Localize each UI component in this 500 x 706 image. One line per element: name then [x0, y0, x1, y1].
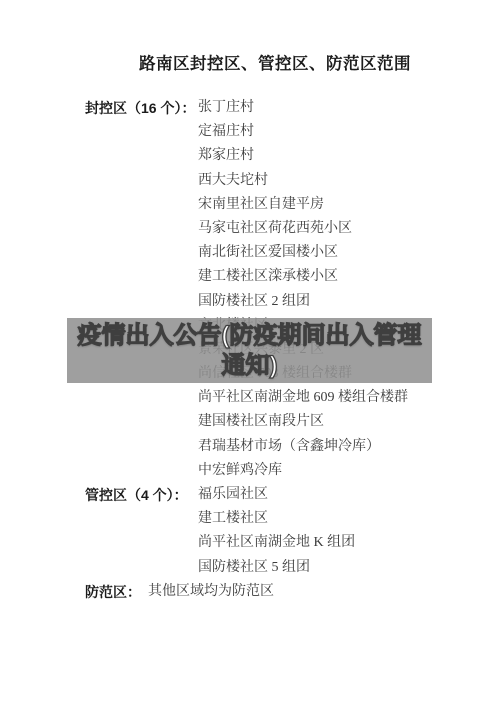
- overlay-caption: 疫情出入公告(防疫期间出入管理通知): [67, 321, 432, 381]
- zone-item: 郑家庄村: [198, 144, 500, 168]
- watermark-overlay: 疫情出入公告(防疫期间出入管理通知): [67, 318, 432, 383]
- zone-item: 宋南里社区自建平房: [198, 193, 500, 217]
- document-title: 路南区封控区、管控区、防范区范围: [25, 50, 500, 74]
- zone-section: 防范区： 其他区域均为防范区: [0, 580, 500, 604]
- zone-item: 尚平社区南湖金地 K 组团: [198, 531, 500, 555]
- section-label: 管控区（4 个）：: [85, 483, 188, 507]
- section-items: 福乐园社区建工楼社区尚平社区南湖金地 K 组团国防楼社区 5 组团: [198, 483, 500, 580]
- zone-item: 西大夫坨村: [198, 169, 500, 193]
- zone-item: 建工楼社区滦承楼小区: [198, 265, 500, 289]
- zone-item: 定福庄村: [198, 120, 500, 144]
- zone-item: 中宏鲜鸡冷库: [198, 459, 500, 483]
- zone-item: 张丁庄村: [198, 96, 500, 120]
- zone-section: 管控区（4 个）： 福乐园社区建工楼社区尚平社区南湖金地 K 组团国防楼社区 5…: [0, 483, 500, 580]
- zone-item: 南北街社区爱国楼小区: [198, 241, 500, 265]
- zone-item: 其他区域均为防范区: [148, 580, 500, 604]
- zone-item: 建国楼社区南段片区: [198, 410, 500, 434]
- zone-item: 建工楼社区: [198, 507, 500, 531]
- section-items: 其他区域均为防范区: [148, 580, 500, 604]
- announcement-page: 路南区封控区、管控区、防范区范围 封控区（16 个）： 张丁庄村定福庄村郑家庄村…: [0, 0, 500, 706]
- zone-item: 国防楼社区 2 组团: [198, 290, 500, 314]
- zone-item: 福乐园社区: [198, 483, 500, 507]
- zone-item: 尚平社区南湖金地 609 楼组合楼群: [198, 386, 500, 410]
- zone-item: 君瑞基材市场（含鑫坤冷库）: [198, 435, 500, 459]
- section-label: 防范区：: [85, 580, 141, 604]
- section-label: 封控区（16 个）：: [85, 96, 195, 120]
- zone-section: 封控区（16 个）： 张丁庄村定福庄村郑家庄村西大夫坨村宋南里社区自建平房马家屯…: [0, 96, 500, 483]
- zone-item: 国防楼社区 5 组团: [198, 556, 500, 580]
- zone-item: 马家屯社区荷花西苑小区: [198, 217, 500, 241]
- section-items: 张丁庄村定福庄村郑家庄村西大夫坨村宋南里社区自建平房马家屯社区荷花西苑小区南北街…: [198, 96, 500, 483]
